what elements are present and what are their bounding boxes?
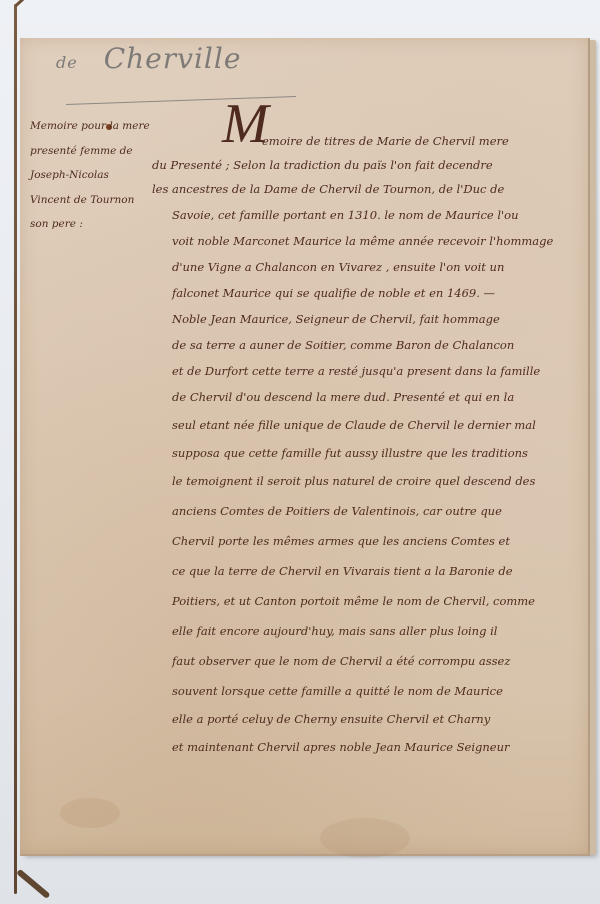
margin-note: Memoire pour la mere presenté femme de J… <box>30 114 150 237</box>
pencil-annotation-prefix: de <box>56 53 78 72</box>
body-line: elle a porté celuy de Cherny ensuite Che… <box>172 712 490 726</box>
body-line: anciens Comtes de Poitiers de Valentinoi… <box>172 504 502 518</box>
body-line: du Presenté ; Selon la tradiction du paï… <box>152 158 493 172</box>
binding-thread <box>14 4 17 894</box>
body-line: Noble Jean Maurice, Seigneur de Chervil,… <box>172 312 500 326</box>
margin-note-line: Vincent de Tournon <box>30 188 150 213</box>
body-line: les ancestres de la Dame de Chervil de T… <box>152 182 504 196</box>
foxing-spot <box>320 818 410 858</box>
body-line: falconet Maurice qui se qualifie de nobl… <box>172 286 495 300</box>
body-line: souvent lorsque cette famille a quitté l… <box>172 684 503 698</box>
body-line: de sa terre a auner de Soitier, comme Ba… <box>172 338 514 352</box>
margin-note-line: son pere : <box>30 212 150 237</box>
body-line: de Chervil d'ou descend la mere dud. Pre… <box>172 390 514 404</box>
body-line: seul etant née fille unique de Claude de… <box>172 418 536 432</box>
body-line: Savoie, cet famille portant en 1310. le … <box>172 208 519 222</box>
pencil-annotation-name: Cherville <box>104 42 242 75</box>
body-line: faut observer que le nom de Chervil a ét… <box>172 654 510 668</box>
margin-note-line: Memoire pour la mere <box>30 114 150 139</box>
margin-note-line: Joseph-Nicolas <box>30 163 150 188</box>
body-line: Chervil porte les mêmes armes que les an… <box>172 534 510 548</box>
body-line: elle fait encore aujourd'huy, mais sans … <box>172 624 497 638</box>
body-line: et de Durfort cette terre a resté jusqu'… <box>172 364 540 378</box>
body-line: le temoignent il seroit plus naturel de … <box>172 474 535 488</box>
body-line: Poitiers, et ut Canton portoit même le n… <box>172 594 535 608</box>
body-line: d'une Vigne a Chalancon en Vivarez , ens… <box>172 260 504 274</box>
body-line: voit noble Marconet Maurice la même anné… <box>172 234 553 248</box>
pencil-annotation: deCherville <box>56 42 241 75</box>
body-line: supposa que cette famille fut aussy illu… <box>172 446 528 460</box>
body-line: emoire de titres de Marie de Chervil mer… <box>262 134 509 148</box>
body-line: ce que la terre de Chervil en Vivarais t… <box>172 564 513 578</box>
foxing-spot <box>60 798 120 828</box>
body-line: et maintenant Chervil apres noble Jean M… <box>172 740 510 754</box>
margin-note-line: presenté femme de <box>30 139 150 164</box>
